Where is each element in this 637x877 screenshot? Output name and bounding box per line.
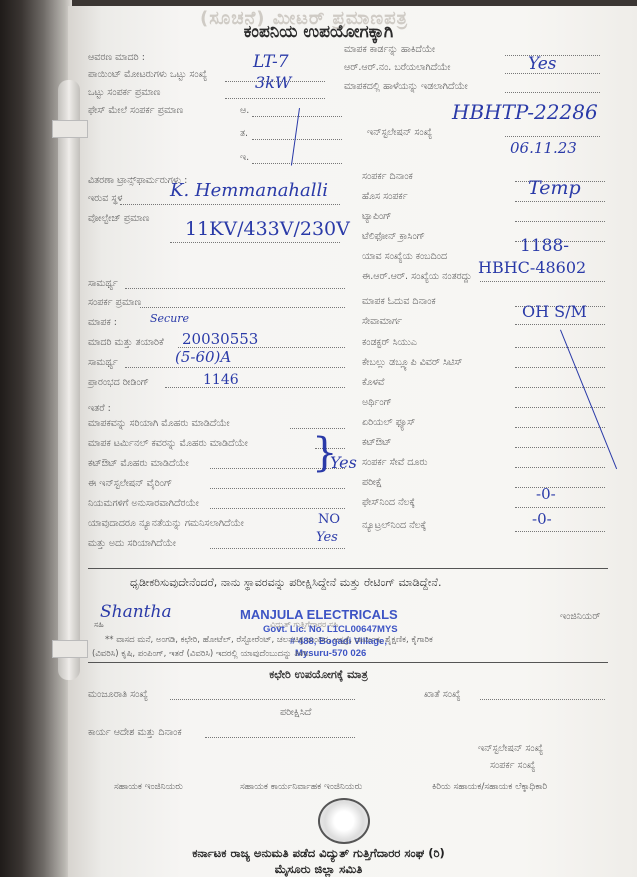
officer-signature-label: ಕಿರಿಯ ಸಹಾಯಕ/ಸಹಾಯಕ ಲೆಕ್ಕಾಧಿಕಾರಿ: [432, 782, 547, 792]
checklist-label: ಈ ಇನ್‌ಸ್ಟಲೇಷನ್ ವೈರಿಂಗ್: [88, 478, 172, 489]
checklist-label: ಮಾಪಕವನ್ನು ಸರಿಯಾಗಿ ಮೊಹರು ಮಾಡಿದೆಯೇ: [88, 418, 230, 429]
field-label: ಟ್ಯಾಪಿಂಗ್: [362, 211, 391, 222]
field-label: ಇನ್‌ಸ್ಟಲೇಷನ್ ಸಂಖ್ಯೆ: [478, 743, 543, 754]
field-label: ಸಾಮರ್ಥ್ಯ: [88, 278, 118, 289]
checklist-label: ಮತ್ತು ಅದು ಸರಿಯಾಗಿದೆಯೇ: [88, 538, 176, 549]
field-label: ಟೆಲಿಫೋನ್ ಕ್ರಾಸಿಂಗ್: [362, 231, 425, 242]
field-label: ಮಾಪಕದಲ್ಲಿ ಹಾಳೆಯನ್ನು ಇಡಲಾಗಿದೆಯೇ: [344, 81, 468, 92]
field-line: [252, 139, 342, 140]
field-line: [515, 467, 605, 468]
field-line: [515, 507, 605, 508]
field-line: [125, 367, 345, 368]
field-label: ಸಂಪರ್ಕ ಸೇವೆ ದೂರು: [362, 457, 427, 468]
office-section-title: ಕಛೇರಿ ಉಪಯೋಗಕ್ಕೆ ಮಾತ್ರ: [0, 668, 637, 682]
field-label: ಕಾರ್ಯ ಆದೇಶ ಮತ್ತು ದಿನಾಂಕ: [88, 727, 182, 738]
field-label: ಮಂಜೂರಾತಿ ಸಂಖ್ಯೆ: [88, 689, 148, 700]
field-label: ಸಾಮರ್ಥ್ಯ: [88, 357, 118, 368]
officer-signature-label: ಸಹಾಯಕ ಇಂಜಿನಿಯರು: [114, 782, 183, 792]
field-line: [210, 508, 345, 509]
checklist-label: ಮಾಪಕ ಟರ್ಮಿನಲ್ ಕವರನ್ನು ಮೊಹರು ಮಾಡಿದೆಯೇ: [88, 438, 248, 449]
field-line: [165, 387, 345, 388]
field-label: ಕೊಳವೆ: [362, 377, 384, 388]
contractor-stamp-licence: Govt. Lic. No. L1CL00647MYS: [263, 624, 398, 635]
rectified-value: Yes: [316, 530, 338, 545]
initial-reading-value: 1146: [203, 372, 239, 388]
field-line: [515, 387, 605, 388]
field-line: [515, 487, 605, 488]
field-label: ಮಾದರಿ ಮತ್ತು ತಯಾರಿಕೆ: [88, 337, 164, 348]
footer-committee: ಮೈಸೂರು ಜಿಲ್ಲಾ ಸಮಿತಿ: [0, 862, 637, 877]
field-label: ಇರುವ ಸ್ಥಳ: [88, 193, 123, 204]
divider: [88, 662, 608, 663]
field-line: [515, 531, 605, 532]
field-line: [480, 699, 605, 700]
signature-caption: ಸಹಿ: [94, 620, 104, 630]
meter-make-value: Secure: [150, 312, 189, 325]
signature: Shantha: [100, 602, 172, 622]
field-label: ಆವರಣ ಮಾದರಿ :: [88, 52, 145, 63]
divider: [88, 568, 608, 569]
service-route-value: OH S/M: [522, 302, 587, 321]
field-label: ಸಂಪರ್ಕ ಸಂಖ್ಯೆ: [490, 760, 535, 771]
field-label: ಮಾಪಕ ಕಾರ್ಡನ್ನು ಹಾಕಿದೆಯೇ: [344, 44, 435, 55]
field-label: ಮಾಪಕ ಓದುವ ದಿನಾಂಕ: [362, 296, 436, 307]
field-line: [515, 447, 605, 448]
field-label: ವೋಲ್ಟೇಜ್ ಪ್ರಮಾಣ: [88, 213, 149, 224]
field-line: [515, 324, 605, 325]
field-line: [515, 221, 605, 222]
field-label: ಸೇವಾಮಾರ್ಗ: [362, 316, 402, 327]
rr-no-written-value: Yes: [528, 54, 557, 74]
binding-clip: [52, 640, 88, 658]
point-motors-value: 3kW: [255, 73, 291, 92]
field-label: ಸಂಪರ್ಕ ದಿನಾಂಕ: [362, 171, 413, 182]
phase-label: ಆ.: [240, 105, 249, 116]
pole-number-value: 1188-: [520, 236, 569, 256]
checklist-brace-value: Yes: [330, 453, 357, 472]
field-line: [170, 242, 340, 243]
field-line: [210, 488, 345, 489]
checklist-label: ನಿಯಮಗಳಿಗೆ ಅನುಸಾರವಾಗಿದೆರಯೇ: [88, 498, 199, 509]
field-line: [120, 204, 340, 205]
page-title: ಕಂಪನಿಯ ಉಪಯೋಗಕ್ಕಾಗಿ: [0, 22, 637, 42]
field-label: ಯಾವ ಸಂಖ್ಯೆಯ ಕಂಬದಿಂದ: [362, 251, 447, 262]
field-line: [210, 548, 345, 549]
field-line: [205, 737, 355, 738]
field-label: ಪಾಯಿಂಟ್ ಮೋಟರುಗಳು ಒಟ್ಟು ಸಂಖ್ಯೆ: [88, 69, 207, 80]
phase-label: ಇ.: [240, 152, 249, 163]
field-label: ಪರೀಕ್ಷಿಸಿದೆ: [280, 707, 311, 718]
field-label: ಪ್ರಾರಂಭದ ರೀಡಿಂಗ್: [88, 377, 149, 388]
binding-rod: [58, 80, 80, 680]
field-label: ಕಟ್‌ಔಟ್: [362, 437, 391, 448]
binding-clip: [52, 120, 88, 138]
field-line: [125, 288, 345, 289]
field-line: [515, 347, 605, 348]
field-line: [515, 201, 605, 202]
field-label: ಫೇಸ್ ಮೇಲೆ ಸಂಪರ್ಕ ಪ್ರಮಾಣ: [88, 105, 183, 116]
field-line: [505, 92, 600, 93]
field-label: ನ್ಯೂಟ್ರಲ್‌ನಿಂದ ನೆಲಕ್ಕೆ: [362, 520, 426, 531]
premises-note: ** ವಾಸದ ಮನೆ, ಅಂಗಡಿ, ಕಛೇರಿ, ಹೋಟೆಲ್, ರೆಸ್ಟ…: [105, 635, 433, 645]
field-label: ಖಾತೆ ಸಂಖ್ಯೆ: [424, 689, 461, 700]
new-connection-value: Temp: [528, 177, 581, 199]
location-value: K. Hemmanahalli: [170, 180, 328, 201]
field-label: ಕೇಬಲ್ಲು ಡಬ್ಲ್ಯೂಪಿ ವಿವರ್ ಸಿಟಿಸ್: [362, 357, 462, 368]
field-line: [225, 98, 325, 99]
neutral-to-earth-value: -0-: [532, 510, 552, 528]
field-label: ಆರ್.ಆರ್.ನಂ. ಬರೆಯಲಾಗಿದೆಯೇ: [344, 62, 451, 73]
field-line: [140, 307, 345, 308]
checklist-label: ಕಟ್‌ಔಟ್ ಮೊಹರು ಮಾಡಿದೆಯೇ: [88, 458, 189, 469]
contractor-stamp-name: MANJULA ELECTRICALS: [240, 607, 398, 622]
field-line: [515, 367, 605, 368]
field-line: [290, 428, 345, 429]
field-label: ಇತರೆ :: [88, 403, 111, 414]
engineer-caption: ಇಂಜಿನಿಯರ್: [560, 611, 600, 622]
field-line: [252, 163, 342, 164]
phase-label: ತ.: [240, 128, 248, 139]
field-label: ಅರ್ಥಿಂಗ್: [362, 397, 392, 408]
voltage-value: 11KV/433V/230V: [185, 218, 350, 240]
premises-type-value: LT-7: [253, 52, 289, 72]
premises-note: (ವಿವರಿಸಿ) ಕೃಷಿ, ಪಂಪಿಂಗ್, ಇತರೆ (ವಿವರಿಸಿ) …: [92, 649, 311, 659]
field-label: ಕಂಡಕ್ಟರ್ ಸಿಯುಎ: [362, 337, 417, 348]
meter-serial-value: 20030553: [182, 330, 258, 348]
footer-association: ಕರ್ನಾಟಕ ರಾಜ್ಯ ಅನುಮತಿ ಪಡೆದ ವಿದ್ಯುತ್ ಗುತ್ತ…: [0, 846, 637, 861]
field-line: [480, 281, 605, 282]
field-label: ಫೇಸ್‌ನಿಂದ ನೆಲಕ್ಕೆ: [362, 497, 415, 508]
phase-to-earth-value: -0-: [536, 485, 556, 503]
previous-rr-value: HBHC-48602: [478, 258, 586, 277]
field-label: ಒಟ್ಟು ಸಂಪರ್ಕ ಪ್ರಮಾಣ: [88, 87, 161, 98]
certification-text: ಧೃಡೀಕರಿಸುವುದೇನೆಂದರೆ, ನಾನು ಸ್ಥಾವರವನ್ನು ಪರ…: [130, 576, 442, 590]
field-line: [515, 427, 605, 428]
field-line: [505, 136, 600, 137]
installation-number-value: HBHTP-22286: [452, 100, 598, 124]
field-label: ಏರಿಯಲ್ ಫ್ಯೂಸ್: [362, 417, 415, 428]
installation-date-value: 06.11.23: [510, 139, 577, 157]
field-label: ಈ.ಆರ್.ಆರ್. ಸಂಖ್ಯೆಯ ನಂತರದ್ದು: [362, 271, 472, 282]
meter-capacity-value: (5-60)A: [175, 348, 231, 366]
field-label: ಸಂಪರ್ಕ ಪ್ರಮಾಣ: [88, 297, 141, 308]
field-line: [170, 699, 355, 700]
field-label: ಇನ್‌ಸ್ಟಲೇಷನ್ ಸಂಖ್ಯೆ: [367, 127, 432, 138]
field-label: ಮಾಪಕ :: [88, 317, 117, 328]
association-logo-icon: [318, 798, 370, 844]
defect-noticed-value: NO: [318, 512, 340, 527]
field-label: ಪರೀಕ್ಷೆ: [362, 477, 382, 488]
officer-signature-label: ಸಹಾಯಕ ಕಾರ್ಯನಿರ್ವಾಹಕ ಇಂಜಿನಿಯರು: [240, 782, 362, 792]
field-label: ಹೊಸ ಸಂಪರ್ಕ: [362, 191, 408, 202]
checklist-label: ಯಾವುದಾದರೂ ನ್ಯೂನತೆಯನ್ನು ಗಮನಿಸಲಾಗಿದೆಯೇ: [88, 518, 244, 529]
